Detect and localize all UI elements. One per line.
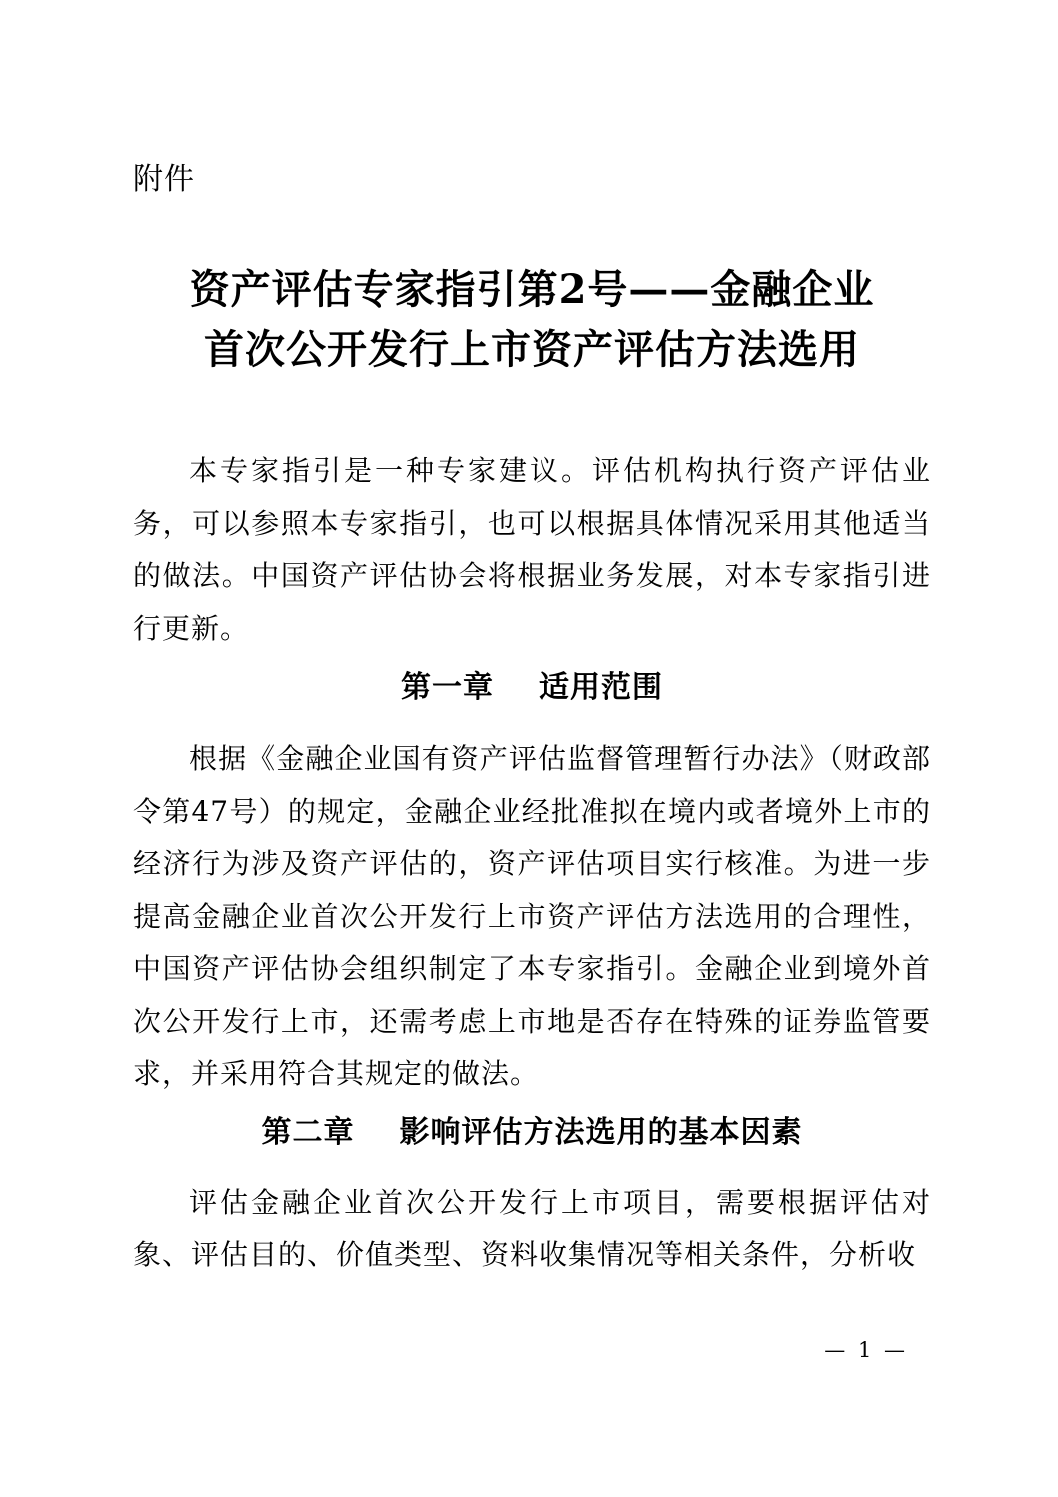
document-title: 资产评估专家指引第2号——金融企业 首次公开发行上市资产评估方法选用: [133, 260, 931, 380]
document-page: 附件 资产评估专家指引第2号——金融企业 首次公开发行上市资产评估方法选用 本专…: [0, 0, 1058, 1497]
intro-paragraph: 本专家指引是一种专家建议。评估机构执行资产评估业务，可以参照本专家指引，也可以根…: [133, 445, 931, 655]
document-content: 附件 资产评估专家指引第2号——金融企业 首次公开发行上市资产评估方法选用 本专…: [0, 0, 1058, 1282]
chapter-2-heading: 第二章影响评估方法选用的基本因素: [133, 1110, 931, 1156]
chapter-2-paragraph: 评估金融企业首次公开发行上市项目，需要根据评估对象、评估目的、价值类型、资料收集…: [133, 1177, 931, 1282]
chapter-1-number: 第一章: [401, 670, 494, 705]
page-number: — 1 —: [824, 1338, 908, 1362]
document-title-line-2: 首次公开发行上市资产评估方法选用: [133, 320, 931, 380]
attachment-label: 附件: [133, 163, 931, 197]
chapter-1-heading: 第一章适用范围: [133, 665, 931, 711]
chapter-2-title: 影响评估方法选用的基本因素: [400, 1115, 803, 1150]
chapter-1-title: 适用范围: [539, 670, 663, 705]
chapter-2-number: 第二章: [262, 1115, 355, 1150]
document-title-line-1: 资产评估专家指引第2号——金融企业: [133, 260, 931, 320]
chapter-1-paragraph: 根据《金融企业国有资产评估监督管理暂行办法》（财政部令第47号）的规定，金融企业…: [133, 733, 931, 1101]
